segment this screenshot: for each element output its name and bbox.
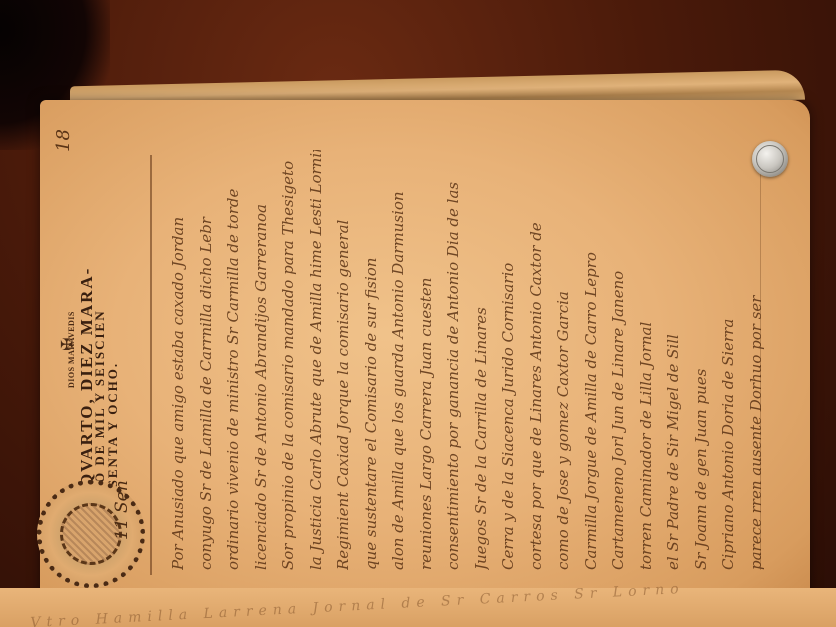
text-line: alon de Amilla que los guarda Antonio Da… bbox=[385, 150, 413, 570]
handwritten-text: Por Anusiado que amigo estaba caxado Jor… bbox=[165, 150, 770, 570]
text-line: como de Jose y gomez Caxtor Garcia bbox=[550, 150, 578, 570]
text-line: Juegos Sr de la Carrilla de Linares bbox=[468, 150, 496, 570]
text-line: Por Anusiado que amigo estaba caxado Jor… bbox=[165, 150, 193, 570]
text-line: parece rren ausente Dorhuo por ser bbox=[743, 150, 771, 570]
text-line: consentimiento por ganancia de Antonio D… bbox=[440, 150, 468, 570]
text-line: Cartameneno Jorl Jun de Linare Janeno bbox=[605, 150, 633, 570]
text-line: torren Caminador de Lilla Jornal bbox=[633, 150, 661, 570]
text-line: Sr Joann de gen Juan pues bbox=[688, 150, 716, 570]
text-line: el Sr Padre de Sir Migel de Sill bbox=[660, 150, 688, 570]
stamp-header: DIOS MARAVEDIS bbox=[67, 311, 76, 388]
text-line: conyugo Sr de Lamilla de Carrnilla dicho… bbox=[193, 150, 221, 570]
text-line: ordinario vivenio de ministro Sr Carmill… bbox=[220, 150, 248, 570]
coin-icon bbox=[752, 141, 788, 177]
text-line: licenciado Sr de Antonio Abrandijos Garr… bbox=[248, 150, 276, 570]
coin-rim bbox=[756, 145, 784, 173]
margin-rule bbox=[150, 155, 152, 575]
folio-number: 18 bbox=[53, 129, 74, 152]
text-line: que sustentare el Comisario de sur fisio… bbox=[358, 150, 386, 570]
text-line: Carmilla Jorgue de Amilla de Carro Lepro bbox=[578, 150, 606, 570]
text-line: Sor propinio de la comisario mandado par… bbox=[275, 150, 303, 570]
text-line: la Justicia Carlo Abrute que de Amilla h… bbox=[303, 150, 331, 570]
text-line: Regimient Caxiad Jorque la comisario gen… bbox=[330, 150, 358, 570]
text-line: Cerra y de la Siacenca Jurido Cornisario bbox=[495, 150, 523, 570]
text-line: reuniones Largo Carrera Juan cuesten bbox=[413, 150, 441, 570]
text-line: cortesa por que de Linares Antonio Caxto… bbox=[523, 150, 551, 570]
text-line: Cipriano Antonio Doria de Sierra bbox=[715, 150, 743, 570]
margin-note: 11 Sen bbox=[112, 480, 132, 540]
